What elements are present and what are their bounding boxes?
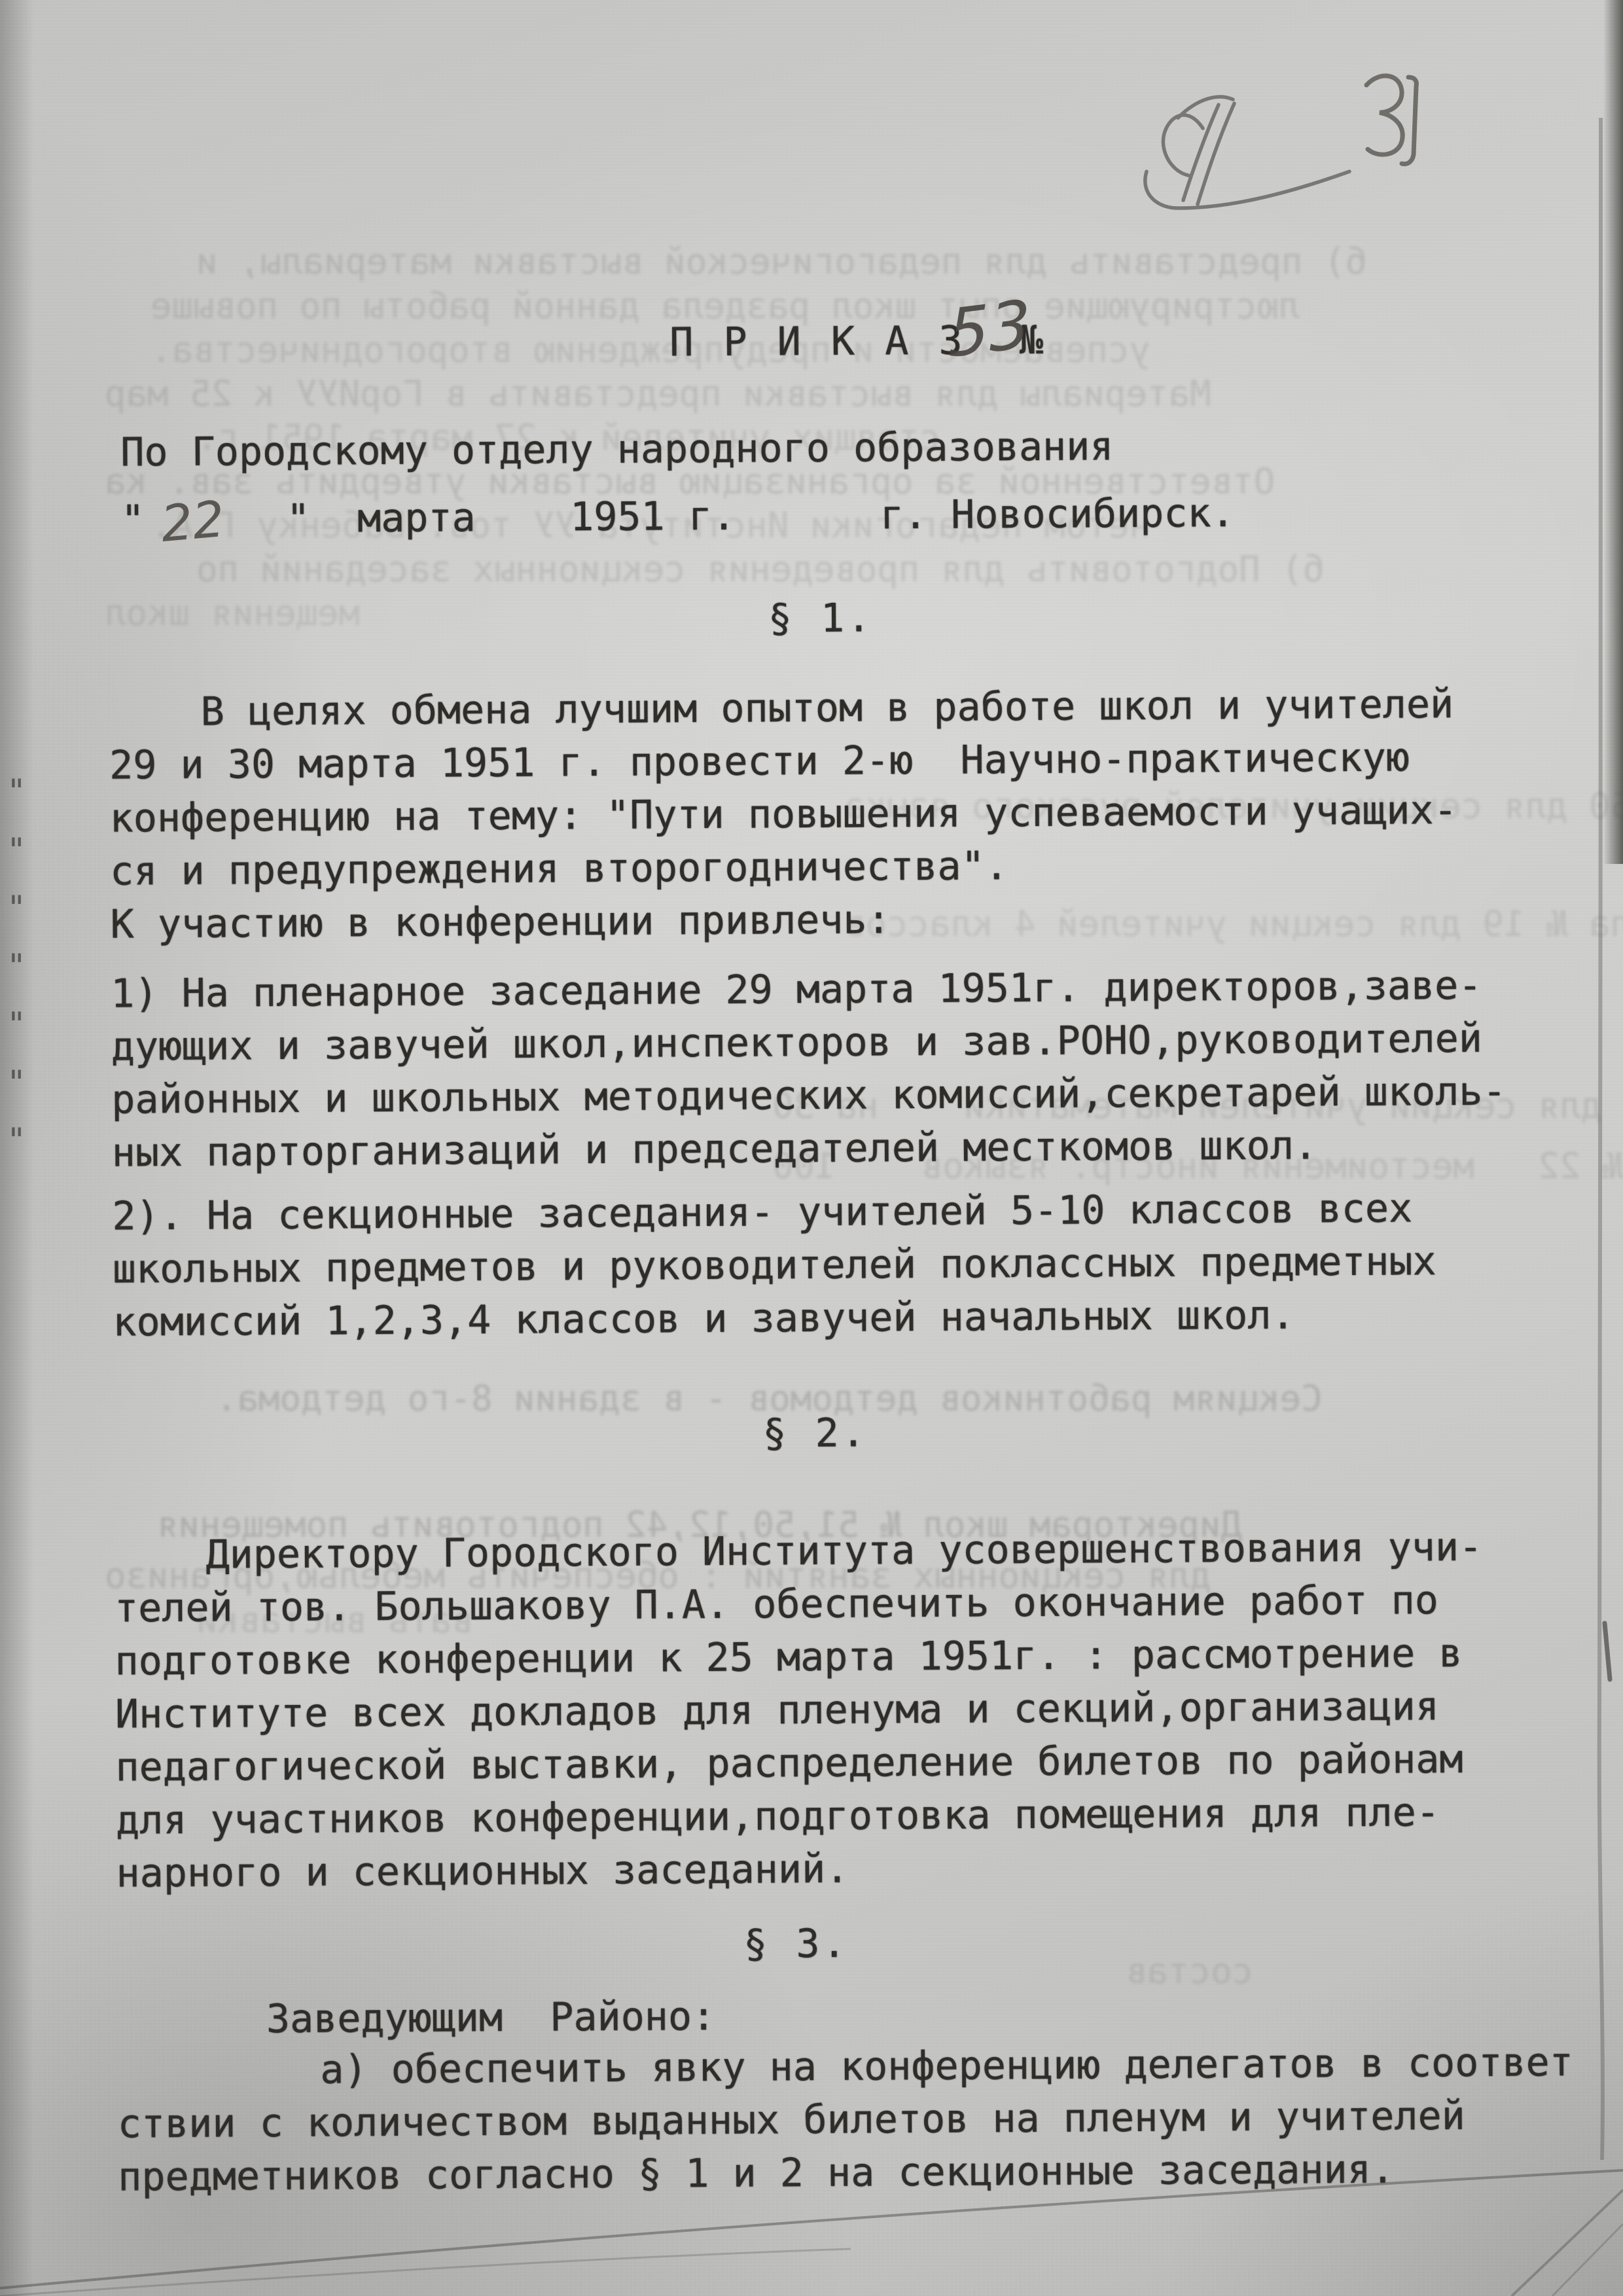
typed-line: Институте всех докладов для пленума и се… [115,1680,1484,1742]
section-1-item-2: 2). На секционные заседания- учителей 5-… [112,1182,1436,1349]
typed-line: В целях обмена лучшим опытом в работе шк… [109,678,1456,740]
section-1-paragraph: В целях обмена лучшим опытом в работе шк… [109,678,1457,952]
section-1-item-1: 1) На пленарное заседание 29 марта 1951г… [111,960,1507,1180]
typed-line: комиссий 1,2,3,4 классов и завучей начал… [113,1288,1436,1349]
typed-line: 29 и 30 марта 1951 г. провести 2-ю Научн… [109,731,1457,793]
typed-line: ствии с количеством выданных билетов на … [118,2089,1574,2151]
typed-line: педагогической выставки, распределение б… [115,1733,1484,1795]
typed-line: конференцию на тему: "Пути повышения усп… [109,784,1457,846]
section-3-paragraph: а) обеспечить явку на конференцию делега… [117,2036,1574,2204]
typed-line: школьных предметов и руководителей покла… [113,1235,1436,1296]
typed-line: для участников конференции,подготовка по… [116,1786,1484,1848]
city-line: г. Новосибирск. [880,487,1235,542]
section-2-paragraph: Директору Городского Института усовершен… [114,1521,1484,1901]
typed-line: Директору Городского Института усовершен… [114,1521,1482,1583]
typed-line: телей тов. Большакову П.А. обеспечить ок… [115,1574,1483,1636]
typed-line: нарного и секционных заседаний. [116,1839,1484,1901]
typed-line: 1) На пленарное заседание 29 марта 1951г… [111,960,1506,1021]
typed-line: ных парторганизаций и председателей мест… [111,1119,1507,1180]
typed-text-layer: П Р И К А З № По Городскому отделу народ… [0,0,1623,2296]
scanned-document-page: б) представить для педагогической выстав… [0,0,1623,2296]
typed-line: районных и школьных методических комисси… [111,1066,1507,1127]
left-edge-shadow [0,0,34,2296]
section-3-heading: § 3. [743,1918,849,1971]
section-3-lead: Заведующим Районо: [266,1990,716,2046]
typed-line: предметников согласно § 1 и 2 на секцион… [118,2142,1574,2204]
handwritten-order-number: 53 [947,285,1031,372]
typed-line: 2). На секционные заседания- учителей 5-… [112,1182,1436,1243]
typed-line: К участию в конференции привлечь: [110,890,1457,952]
org-line: По Городскому отделу народного образован… [120,420,1114,479]
right-edge-dark-band [1603,0,1623,864]
typed-line: ся и предупреждения второгодничества". [110,837,1457,899]
typed-line: дующих и завучей школ,инспекторов и зав.… [111,1013,1507,1074]
section-2-heading: § 2. [762,1407,868,1461]
section-1-heading: § 1. [768,592,874,645]
handwritten-day: 22 [158,490,226,553]
typed-line: подготовке конференции к 25 марта 1951г.… [115,1627,1483,1689]
typed-line: а) обеспечить явку на конференцию делега… [117,2036,1573,2098]
